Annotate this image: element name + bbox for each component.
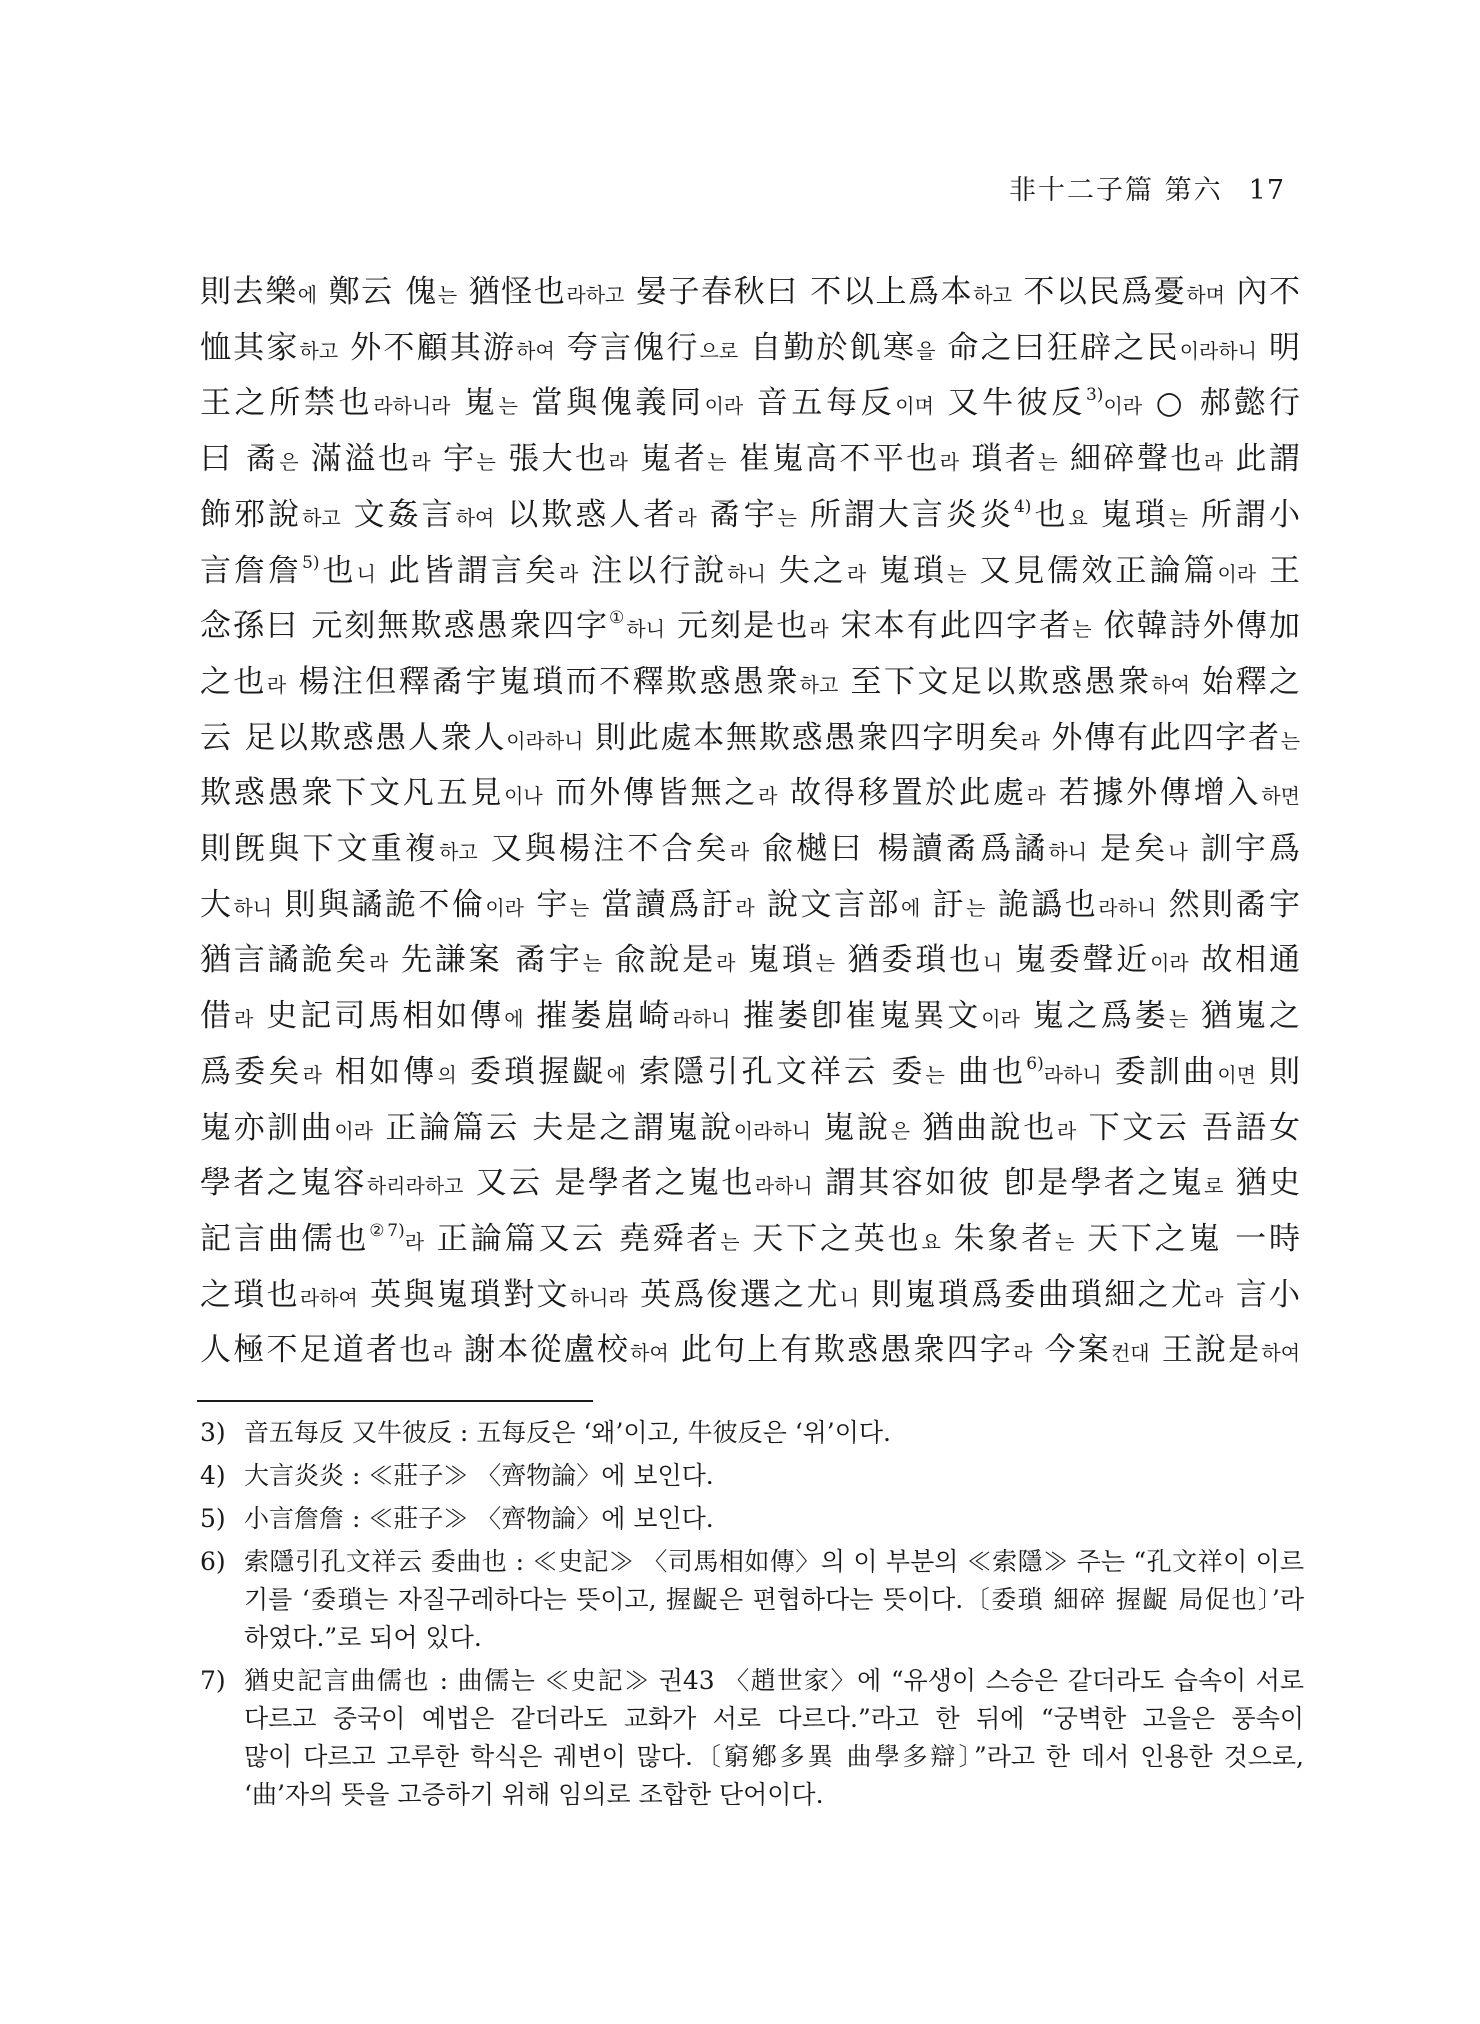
gugyeol-particle: 하며 [1186,283,1225,307]
footnote-line: 많이 다르고 고루한 학식은 궤변이 많다.〔窮鄕多異 曲學多辯〕”라고 한 데… [244,1738,1304,1776]
gugyeol-particle: 라 [1204,1286,1223,1310]
footnote-line: 기를 ‘委瑣는 자질구레하다는 뜻이고, 握齪은 편협하다는 뜻이다.〔委瑣 細… [244,1581,1304,1619]
gugyeol-particle: 는 [1072,617,1091,641]
gugyeol-particle: 로 [1204,1174,1223,1198]
gugyeol-particle: 으로 [700,339,739,363]
text-line: 嵬亦訓曲이라 正論篇云 夫是之謂嵬說이라하니 嵬說은 猶曲說也라 下文云 吾語女 [200,1102,1300,1158]
gugyeol-particle: 는 [570,896,589,920]
gugyeol-particle: 라 [411,450,430,474]
gugyeol-particle: 하니 [233,896,272,920]
gugyeol-particle: 라 [1027,784,1046,808]
gugyeol-particle: 라 [847,562,866,586]
text-line: 念孫曰 元刻無欺惑愚衆四字①하니 元刻是也라 宋本有此四字者는 依韓詩外傳加 [200,600,1300,656]
footnote-body: 音五每反 又牛彼反 : 五每反은 ‘왜’이고, 牛彼反은 ‘위’이다. [244,1414,1304,1452]
footnote-line: 大言炎炎 : ≪莊子≫ 〈齊物論〉에 보인다. [244,1457,1304,1495]
footnote-body: 索隱引孔文祥云 委曲也 : ≪史記≫ 〈司馬相如傳〉의 이 부분의 ≪索隱≫ 주… [244,1543,1304,1657]
gugyeol-particle: 이라하니 [1180,339,1257,363]
gugyeol-particle: 은 [279,450,298,474]
gugyeol-particle: 하니 [727,562,766,586]
text-line: 飾邪說하고 文姦言하여 以欺惑人者라 矞宇는 所謂大言炎炎4)也요 嵬瑣는 所謂… [200,489,1300,545]
gugyeol-particle: 라 [809,617,828,641]
gugyeol-particle: 을 [916,339,935,363]
gugyeol-particle: 요 [921,1230,940,1254]
gugyeol-particle: 하리라하고 [367,1174,464,1198]
main-text-block: 則去樂에 鄭云 傀는 猶怪也라하고 晏子春秋曰 不以上爲本하고 不以民爲憂하며 … [200,266,1300,1380]
gugyeol-particle: 라 [940,450,959,474]
gugyeol-particle: 라 [1013,1341,1032,1365]
gugyeol-particle: 는 [1055,1230,1074,1254]
text-line: 記言曲儒也②7)라 正論篇又云 堯舜者는 天下之英也요 朱象者는 天下之嵬 一時 [200,1213,1300,1269]
gugyeol-particle: 하여 [1151,673,1190,697]
gugyeol-particle: 라 [1021,729,1040,753]
gugyeol-particle: 라하니 [1098,896,1156,920]
gugyeol-particle: 이면 [1217,1063,1256,1087]
text-line: 則去樂에 鄭云 傀는 猶怪也라하고 晏子春秋曰 不以上爲本하고 不以民爲憂하며 … [200,266,1300,322]
gugyeol-particle: 이라하니 [506,729,583,753]
footnote-line: 하였다.”로 되어 있다. [244,1619,1304,1657]
text-line: 借라 史記司馬相如傳에 摧崣崫崎라하니 摧崣卽崔嵬異文이라 嵬之爲崣는 猶嵬之 [200,990,1300,1046]
gugyeol-particle: 하고 [800,673,839,697]
gugyeol-particle: 는 [583,951,602,975]
gugyeol-particle: 라 [716,951,735,975]
document-page: 非十二子篇 第六17 則去樂에 鄭云 傀는 猶怪也라하고 晏子春秋曰 不以上爲本… [0,0,1480,2024]
gugyeol-particle: 라 [1204,450,1223,474]
gugyeol-particle: 는 [778,506,797,530]
gugyeol-particle: 에 [901,896,920,920]
gugyeol-particle: 하고 [973,283,1012,307]
text-line: 爲委矣라 相如傳의 委瑣握齪에 索隱引孔文祥云 委는 曲也6)라하니 委訓曲이면… [200,1046,1300,1102]
gugyeol-particle: 는 [707,450,726,474]
footnote-number: 3) [200,1414,244,1452]
gugyeol-particle: 하니 [626,617,665,641]
gugyeol-particle: 라 [234,1007,253,1031]
gugyeol-particle: 는 [966,896,985,920]
gugyeol-particle: 라 [1057,1119,1076,1143]
gugyeol-particle: 는 [1169,1007,1188,1031]
footnote-line: 猶史記言曲儒也 : 曲儒는 ≪史記≫ 권43 〈趙世家〉에 “유생이 스승은 같… [244,1662,1304,1700]
text-line: 之瑣也라하여 英與嵬瑣對文하니라 英爲俊選之尤니 則嵬瑣爲委曲瑣細之尤라 言小 [200,1269,1300,1325]
gugyeol-particle: 는 [816,951,835,975]
gugyeol-particle: 라 [433,1341,452,1365]
footnote-item: 7)猶史記言曲儒也 : 曲儒는 ≪史記≫ 권43 〈趙世家〉에 “유생이 스승은… [200,1662,1304,1814]
gugyeol-particle: 라 [303,1063,322,1087]
gugyeol-particle: 는 [1169,506,1188,530]
footnote-line: 音五每反 又牛彼反 : 五每反은 ‘왜’이고, 牛彼反은 ‘위’이다. [244,1414,1304,1452]
gugyeol-particle: 니 [357,562,376,586]
text-line: 之也라 楊注但釋矞宇嵬瑣而不釋欺惑愚衆하고 至下文足以欺惑愚衆하여 始釋之 [200,656,1300,712]
gugyeol-particle: 이라 [485,896,524,920]
footnote-ref: ① [609,608,626,628]
gugyeol-particle: 는 [499,394,518,418]
footnote-number: 6) [200,1543,244,1581]
gugyeol-particle: 하여 [630,1341,669,1365]
gugyeol-particle: 이라 [981,1007,1020,1031]
gugyeol-particle: 하니라 [570,1286,628,1310]
gugyeol-particle: 라하니 [755,1174,813,1198]
chapter-title: 非十二子篇 第六 [1009,175,1223,206]
gugyeol-particle: 컨대 [1111,1341,1150,1365]
gugyeol-particle: 라 [730,840,749,864]
text-line: 欺惑愚衆下文凡五見이나 而外傳皆無之라 故得移置於此處라 若據外傳增入하면 [200,767,1300,823]
footnote-line: 索隱引孔文祥云 委曲也 : ≪史記≫ 〈司馬相如傳〉의 이 부분의 ≪索隱≫ 주… [244,1543,1304,1581]
gugyeol-particle: 의 [438,1063,457,1087]
gugyeol-particle: 이라 [1150,951,1189,975]
footnote-item: 6)索隱引孔文祥云 委曲也 : ≪史記≫ 〈司馬相如傳〉의 이 부분의 ≪索隱≫… [200,1543,1304,1657]
text-line: 言詹詹5)也니 此皆謂言矣라 注以行說하니 失之라 嵬瑣는 又見儒效正論篇이라 … [200,545,1300,601]
gugyeol-particle: 는 [926,1063,945,1087]
gugyeol-particle: 라 [405,1230,424,1254]
gugyeol-particle: 라 [677,506,696,530]
gugyeol-particle: 는 [720,1230,739,1254]
footnote-separator [197,1400,593,1402]
gugyeol-particle: 는 [947,562,966,586]
footnote-ref: ②7) [369,1221,405,1241]
gugyeol-particle: 하여 [1261,1341,1300,1365]
gugyeol-particle: 나 [1168,840,1187,864]
footnote-number: 7) [200,1662,244,1700]
gugyeol-particle: 라 [735,896,754,920]
gugyeol-particle: 에 [607,1063,626,1087]
gugyeol-particle: 이라 [705,394,744,418]
gugyeol-particle: 니 [840,1286,859,1310]
gugyeol-particle: 이나 [504,784,543,808]
gugyeol-particle: 라 [267,673,286,697]
gugyeol-particle: 이라하니 [734,1119,811,1143]
gugyeol-particle: 라 [369,951,388,975]
text-line: 大하니 則與譎詭不倫이라 宇는 當讀爲訏라 說文言部에 訏는 詭譌也라하니 然則… [200,879,1300,935]
footnote-number: 4) [200,1457,244,1495]
footnote-item: 4)大言炎炎 : ≪莊子≫ 〈齊物論〉에 보인다. [200,1457,1304,1495]
gugyeol-particle: 하고 [300,339,339,363]
gugyeol-particle: 이라 [1103,394,1142,418]
page-number: 17 [1249,175,1285,206]
gugyeol-particle: 이라 [334,1119,373,1143]
footnote-ref: 4) [1014,497,1031,517]
gugyeol-particle: 는 [1281,729,1300,753]
footnote-line: ‘曲’자의 뜻을 고증하기 위해 임의로 조합한 단어이다. [244,1776,1304,1814]
gugyeol-particle: 하고 [302,506,341,530]
footnote-body: 大言炎炎 : ≪莊子≫ 〈齊物論〉에 보인다. [244,1457,1304,1495]
footnote-line: 小言詹詹 : ≪莊子≫ 〈齊物論〉에 보인다. [244,1500,1304,1538]
gugyeol-particle: 는 [1038,450,1057,474]
footnotes-block: 3)音五每反 又牛彼反 : 五每反은 ‘왜’이고, 牛彼反은 ‘위’이다.4)大… [200,1414,1304,1819]
gugyeol-particle: 라 [758,784,777,808]
gugyeol-particle: 이며 [895,394,934,418]
gugyeol-particle: 라 [559,562,578,586]
gugyeol-particle: 하여 [456,506,495,530]
gugyeol-particle: 는 [438,283,457,307]
footnote-ref: 5) [302,553,319,573]
footnote-body: 猶史記言曲儒也 : 曲儒는 ≪史記≫ 권43 〈趙世家〉에 “유생이 스승은 같… [244,1662,1304,1814]
text-line: 猶言譎詭矣라 先謙案 矞宇는 兪說是라 嵬瑣는 猶委瑣也니 嵬委聲近이라 故相通 [200,934,1300,990]
gugyeol-particle: 하여 [516,339,555,363]
footnote-ref: 3) [1086,385,1103,405]
text-line: 恤其家하고 外不顧其游하여 夸言傀行으로 自勤於飢寒을 命之曰狂辟之民이라하니 … [200,322,1300,378]
gugyeol-particle: 에 [504,1007,523,1031]
footnote-line: 다르고 중국이 예법은 같더라도 교화가 서로 다르다.”라고 한 뒤에 “궁벽… [244,1700,1304,1738]
footnote-body: 小言詹詹 : ≪莊子≫ 〈齊物論〉에 보인다. [244,1500,1304,1538]
footnote-number: 5) [200,1500,244,1538]
text-line: 則旣與下文重複하고 又與楊注不合矣라 兪樾曰 楊讀矞爲譎하니 是矣나 訓宇爲 [200,823,1300,879]
gugyeol-particle: 하면 [1261,784,1300,808]
gugyeol-particle: 라하여 [300,1286,358,1310]
gugyeol-particle: 라하니라 [373,394,450,418]
gugyeol-particle: 에 [298,283,317,307]
gugyeol-particle: 니 [983,951,1002,975]
gugyeol-particle: 하고 [439,840,478,864]
footnote-ref: 6) [1026,1054,1043,1074]
running-head: 非十二子篇 第六17 [1009,168,1285,207]
gugyeol-particle: 라하고 [566,283,624,307]
gugyeol-particle: 라하니 [1044,1063,1102,1087]
text-line: 學者之嵬容하리라하고 又云 是學者之嵬也라하니 謂其容如彼 卽是學者之嵬로 猶史 [200,1157,1300,1213]
gugyeol-particle: 하니 [1048,840,1087,864]
text-line: 云 足以欺惑愚人衆人이라하니 則此處本無欺惑愚衆四字明矣라 外傳有此四字者는 [200,712,1300,768]
text-line: 王之所禁也라하니라 嵬는 當與傀義同이라 音五每反이며 又牛彼反3)이라 ○ 郝… [200,377,1300,433]
footnote-item: 5)小言詹詹 : ≪莊子≫ 〈齊物論〉에 보인다. [200,1500,1304,1538]
gugyeol-particle: 라 [609,450,628,474]
gugyeol-particle: 라하니 [672,1007,730,1031]
gugyeol-particle: 이라 [1217,562,1256,586]
text-line: 曰 矞은 滿溢也라 宇는 張大也라 嵬者는 崔嵬高不平也라 瑣者는 細碎聲也라 … [200,433,1300,489]
gugyeol-particle: 요 [1069,506,1088,530]
footnote-item: 3)音五每反 又牛彼反 : 五每反은 ‘왜’이고, 牛彼反은 ‘위’이다. [200,1414,1304,1452]
gugyeol-particle: 은 [891,1119,910,1143]
gugyeol-particle: 는 [477,450,496,474]
text-line: 人極不足道者也라 謝本從盧校하여 此句上有欺惑愚衆四字라 今案컨대 王說是하여 [200,1324,1300,1380]
